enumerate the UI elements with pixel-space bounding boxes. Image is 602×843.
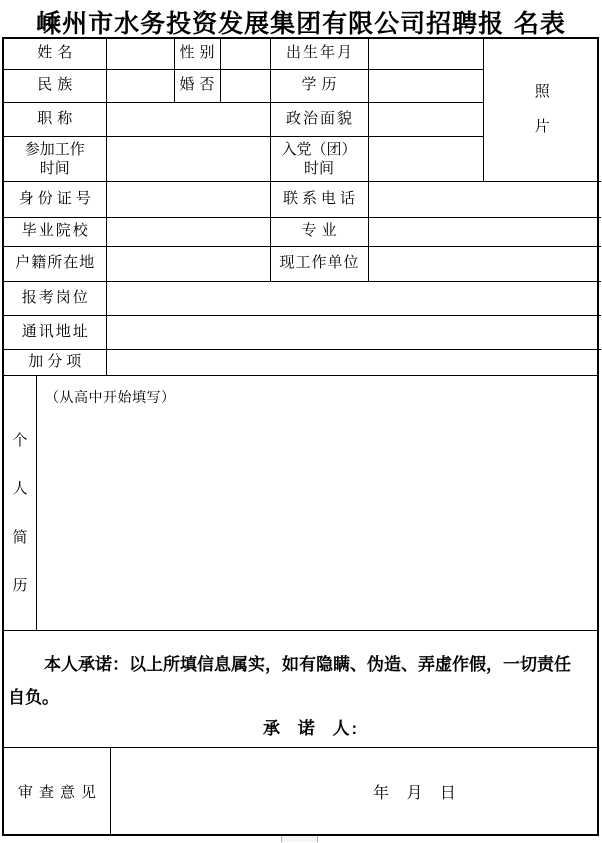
contact-phone-value-cell[interactable] — [368, 181, 601, 217]
political-status-value-cell[interactable] — [368, 102, 483, 136]
id-number-label: 身份证号 — [4, 181, 106, 217]
id-number-value-cell[interactable] — [106, 181, 270, 217]
ethnicity-label: 民族 — [4, 69, 106, 102]
education-value-cell[interactable] — [368, 69, 483, 102]
current-employer-label: 现工作单位 — [270, 246, 368, 281]
name-value-cell[interactable] — [106, 39, 174, 69]
personal-resume-label: 个 人 简 历 — [4, 376, 37, 630]
photo-label: 照 片 — [484, 83, 602, 138]
personal-resume-row: 个 人 简 历 （从高中开始填写） — [4, 375, 597, 630]
job-title-label: 职称 — [4, 102, 106, 136]
mailing-address-value-cell[interactable] — [106, 315, 601, 349]
application-form: 姓名 性别 出生年月 照 片 民族 婚否 学历 职称 政治面貌 — [2, 37, 599, 836]
applied-position-label: 报考岗位 — [4, 281, 106, 315]
bonus-item-label: 加分项 — [4, 349, 106, 375]
household-location-value-cell[interactable] — [106, 246, 270, 281]
work-start-time-value-cell[interactable] — [106, 136, 270, 181]
party-join-time-label: 入党（团） 时间 — [270, 136, 368, 181]
ethnicity-value-cell[interactable] — [106, 69, 174, 102]
mailing-address-label: 通讯地址 — [4, 315, 106, 349]
graduate-school-value-cell[interactable] — [106, 217, 270, 246]
birth-date-label: 出生年月 — [270, 39, 368, 69]
applied-position-value-cell[interactable] — [106, 281, 601, 315]
personal-resume-content-cell[interactable]: （从高中开始填写） — [37, 376, 597, 630]
major-value-cell[interactable] — [368, 217, 601, 246]
birth-date-value-cell[interactable] — [368, 39, 483, 69]
table-row: 加分项 — [4, 349, 601, 375]
resume-note: （从高中开始填写） — [45, 387, 597, 407]
photo-box[interactable]: 照 片 — [483, 39, 601, 181]
page-break-artifact — [281, 836, 318, 842]
bonus-item-value-cell[interactable] — [106, 349, 601, 375]
contact-phone-label: 联系电话 — [270, 181, 368, 217]
gender-value-cell[interactable] — [220, 39, 270, 69]
marital-status-label: 婚否 — [174, 69, 220, 102]
household-location-label: 户籍所在地 — [4, 246, 106, 281]
form-title: 嵊州市水务投资发展集团有限公司招聘报 名表 — [0, 4, 602, 40]
signer-label[interactable]: 承 诺 人: — [4, 714, 597, 739]
graduate-school-label: 毕业院校 — [4, 217, 106, 246]
commitment-statement: 本人承诺：以上所填信息属实，如有隐瞒、伪造、弄虚作假，一切责任 自负。 — [4, 631, 597, 714]
current-employer-value-cell[interactable] — [368, 246, 601, 281]
work-start-time-label: 参加工作 时间 — [4, 136, 106, 181]
table-row: 报考岗位 — [4, 281, 601, 315]
commitment-row: 本人承诺：以上所填信息属实，如有隐瞒、伪造、弄虚作假，一切责任 自负。 承 诺 … — [4, 630, 597, 747]
table-row: 户籍所在地 现工作单位 — [4, 246, 601, 281]
major-label: 专业 — [270, 217, 368, 246]
marital-status-value-cell[interactable] — [220, 69, 270, 102]
review-opinion-cell[interactable]: 年 月 日 — [111, 748, 597, 834]
info-table: 姓名 性别 出生年月 照 片 民族 婚否 学历 职称 政治面貌 — [4, 39, 601, 375]
party-join-time-value-cell[interactable] — [368, 136, 483, 181]
political-status-label: 政治面貌 — [270, 102, 368, 136]
name-label: 姓名 — [4, 39, 106, 69]
table-row: 身份证号 联系电话 — [4, 181, 601, 217]
job-title-value-cell[interactable] — [106, 102, 270, 136]
gender-label: 性别 — [174, 39, 220, 69]
table-row: 毕业院校 专业 — [4, 217, 601, 246]
review-date-label: 年 月 日 — [111, 780, 456, 803]
table-row: 姓名 性别 出生年月 照 片 — [4, 39, 601, 69]
table-row: 通讯地址 — [4, 315, 601, 349]
review-row: 审查意见 年 月 日 — [4, 747, 597, 834]
education-label: 学历 — [270, 69, 368, 102]
review-opinion-label: 审查意见 — [4, 748, 111, 834]
